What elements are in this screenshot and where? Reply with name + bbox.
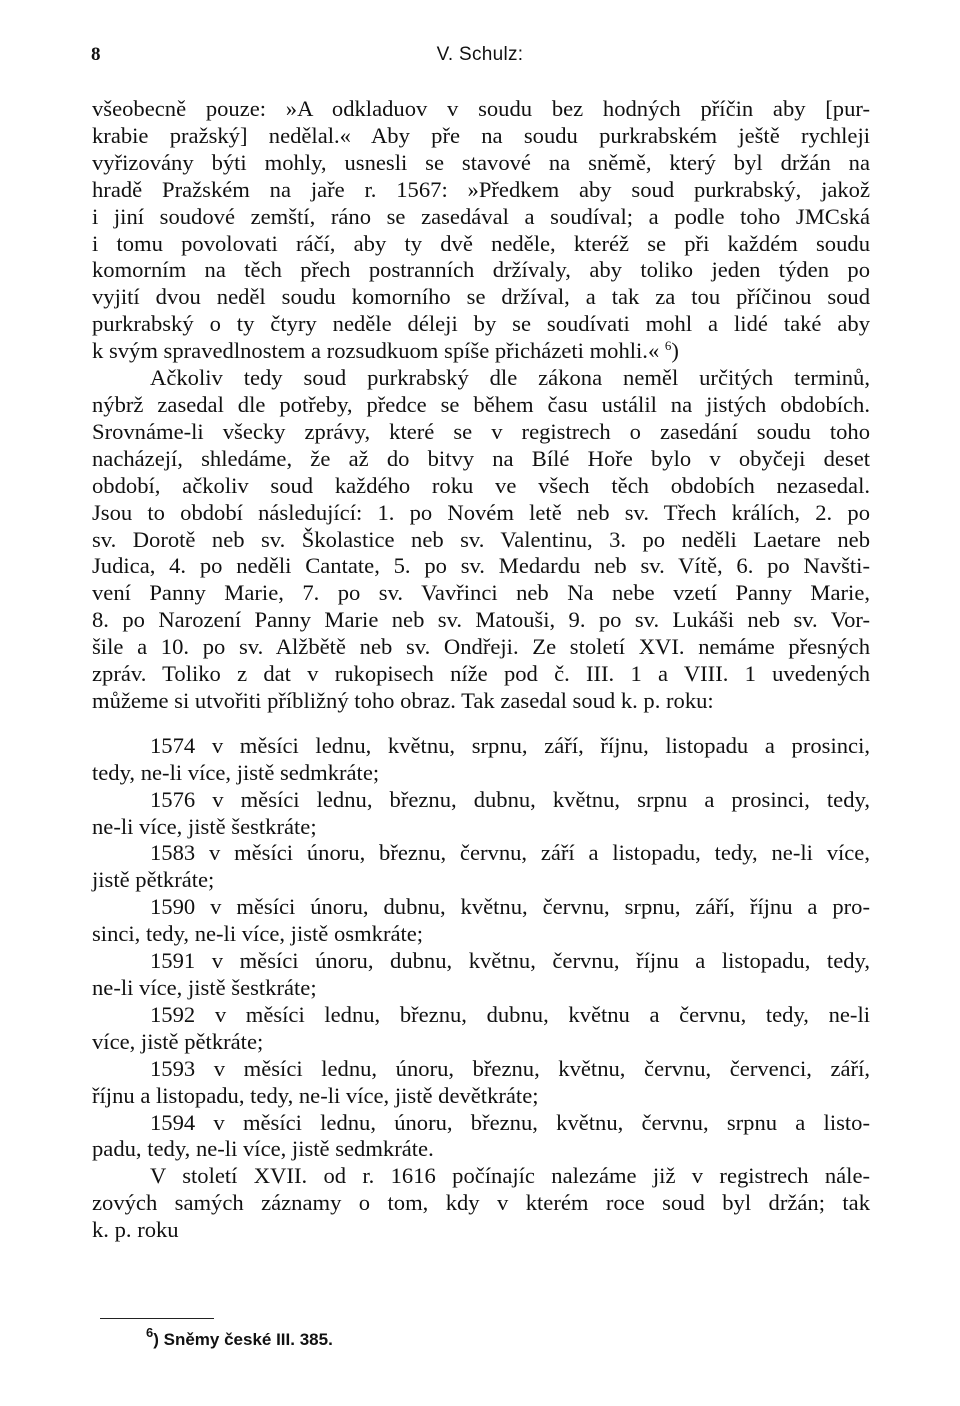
footnote-divider xyxy=(100,1318,214,1319)
year-entry-1576: 1576 v měsíci lednu, březnu, dubnu, květ… xyxy=(92,787,870,814)
year-entry-1594-cont: padu, tedy, ne-li více, jistě sedmkráte. xyxy=(92,1136,870,1163)
year-entry-1594: 1594 v měsíci lednu, únoru, březnu, květ… xyxy=(92,1110,870,1137)
paragraph-start: Ačkoliv tedy soud purkrabský dle zákona … xyxy=(92,365,870,392)
year-entry-1583: 1583 v měsíci únoru, březnu, červnu, zář… xyxy=(92,840,870,867)
text-line: zpráv. Toliko z dat v rukopisech níže po… xyxy=(92,661,870,688)
text-line: krabie pražský] nedělal.« Aby pře na sou… xyxy=(92,123,870,150)
text-line: purkrabský o ty čtyry neděle déleji by s… xyxy=(92,311,870,338)
year-entry-1592: 1592 v měsíci lednu, březnu, dubnu, květ… xyxy=(92,1002,870,1029)
spacer xyxy=(92,715,870,733)
text-line: vení Panny Marie, 7. po sv. Vavřinci neb… xyxy=(92,580,870,607)
text-line-content: k svým spravedlnostem a rozsudkuom spíše… xyxy=(92,338,659,363)
year-entry-1593: 1593 v měsíci lednu, únoru, březnu, květ… xyxy=(92,1056,870,1083)
footnote: 6) Sněmy české III. 385. xyxy=(146,1330,333,1350)
footnote-ref-paren: ) xyxy=(671,338,679,363)
running-head: V. Schulz: xyxy=(91,44,869,66)
text-line: vyřizovány býti mohly, usnesli se stavov… xyxy=(92,150,870,177)
text-line: období, ačkoliv soud každého roku ve vše… xyxy=(92,473,870,500)
text-line: i jiní soudové zemští, ráno se zasedával… xyxy=(92,204,870,231)
year-entry-1574: 1574 v měsíci lednu, květnu, srpnu, září… xyxy=(92,733,870,760)
text-line: k. p. roku xyxy=(92,1217,870,1244)
year-entry-1574-cont: tedy, ne-li více, jistě sedmkráte; xyxy=(92,760,870,787)
text-line: Jsou to období následující: 1. po Novém … xyxy=(92,500,870,527)
text-line: 8. po Narození Panny Marie neb sv. Matou… xyxy=(92,607,870,634)
text-line: komorním na těch přech postranních držív… xyxy=(92,257,870,284)
text-line: nacházejí, shledáme, že až do bitvy na B… xyxy=(92,446,870,473)
footnote-text: ) Sněmy české III. 385. xyxy=(153,1330,333,1349)
text-line: sv. Dorotě neb sv. Školastice neb sv. Va… xyxy=(92,527,870,554)
year-entry-1590-cont: sinci, tedy, ne-li více, jistě osmkráte; xyxy=(92,921,870,948)
text-line: Judica, 4. po neděli Cantate, 5. po sv. … xyxy=(92,553,870,580)
text-line: šile a 10. po sv. Alžbětě neb sv. Ondřej… xyxy=(92,634,870,661)
year-entry-1591-cont: ne-li více, jistě šestkráte; xyxy=(92,975,870,1002)
text-line: všeobecně pouze: »A odkladuov v soudu be… xyxy=(92,96,870,123)
text-line: i tomu povolovati ráčí, aby ty dvě neděl… xyxy=(92,231,870,258)
text-line: hradě Pražském na jaře r. 1567: »Předkem… xyxy=(92,177,870,204)
text-line: k svým spravedlnostem a rozsudkuom spíše… xyxy=(92,338,870,365)
year-entry-1576-cont: ne-li více, jistě šestkráte; xyxy=(92,814,870,841)
text-line: nýbrž zasedal dle potřeby, předce se běh… xyxy=(92,392,870,419)
year-entry-1591: 1591 v měsíci únoru, dubnu, květnu, červ… xyxy=(92,948,870,975)
year-entry-1593-cont: říjnu a listopadu, tedy, ne-li více, jis… xyxy=(92,1083,870,1110)
text-line: zových samých záznamy o tom, kdy v které… xyxy=(92,1190,870,1217)
text-line: vyjití dvou neděl soudu komorního se drž… xyxy=(92,284,870,311)
year-entry-1592-cont: více, jistě pětkráte; xyxy=(92,1029,870,1056)
text-line: Srovnáme-li všecky zprávy, které se v re… xyxy=(92,419,870,446)
year-entry-1583-cont: jistě pětkráte; xyxy=(92,867,870,894)
page-header: 8 V. Schulz: xyxy=(91,44,869,68)
body-text: všeobecně pouze: »A odkladuov v soudu be… xyxy=(92,96,870,1244)
text-line: můžeme si utvořiti příbližný toho obraz.… xyxy=(92,688,870,715)
paragraph-start: V století XVII. od r. 1616 počínajíc nal… xyxy=(92,1163,870,1190)
year-entry-1590: 1590 v měsíci únoru, dubnu, květnu, červ… xyxy=(92,894,870,921)
